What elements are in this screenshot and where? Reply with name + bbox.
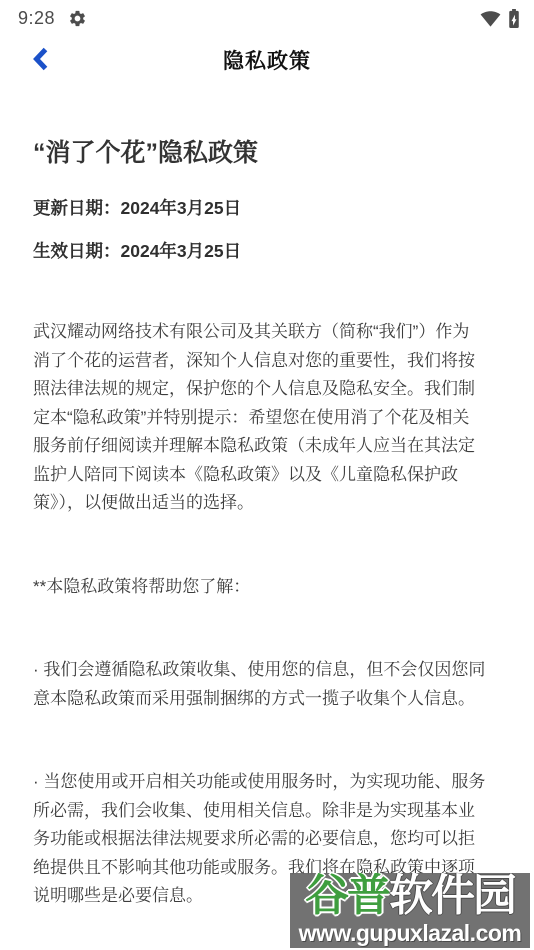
wifi-icon (480, 10, 501, 27)
effective-date: 生效日期：2024年3月25日 (33, 239, 486, 263)
back-button[interactable] (28, 45, 54, 73)
nav-header: 隐私政策 (0, 36, 534, 84)
page-title: 隐私政策 (223, 45, 311, 75)
policy-paragraph: · 我们会遵循隐私政策收集、使用您的信息，但不会仅因您同意本隐私政策而采用强制捆… (33, 656, 486, 713)
watermark-logo-white-text: 软件园 (389, 873, 515, 919)
watermark-logo: 谷普 软件园 (305, 873, 515, 919)
battery-charging-icon (508, 8, 520, 29)
watermark-url: www.gupuxlazal.com (299, 921, 522, 945)
status-bar: 9:28 (0, 0, 534, 36)
status-time: 9:28 (18, 8, 55, 29)
policy-paragraph: 武汉耀动网络技术有限公司及其关联方（简称“我们”）作为消了个花的运营者，深知个人… (33, 318, 486, 518)
app-screen: 9:28 隐私政 (0, 0, 534, 950)
document-title: “消了个花”隐私政策 (33, 138, 486, 168)
update-date: 更新日期：2024年3月25日 (33, 196, 486, 220)
watermark-logo-green-text: 谷普 (305, 873, 389, 919)
policy-paragraph: **本隐私政策将帮助您了解： (33, 573, 486, 602)
gear-icon (68, 9, 87, 28)
policy-scroll-area[interactable]: “消了个花”隐私政策 更新日期：2024年3月25日 生效日期：2024年3月2… (0, 138, 534, 911)
site-watermark: 谷普 软件园 www.gupuxlazal.com (290, 873, 530, 948)
